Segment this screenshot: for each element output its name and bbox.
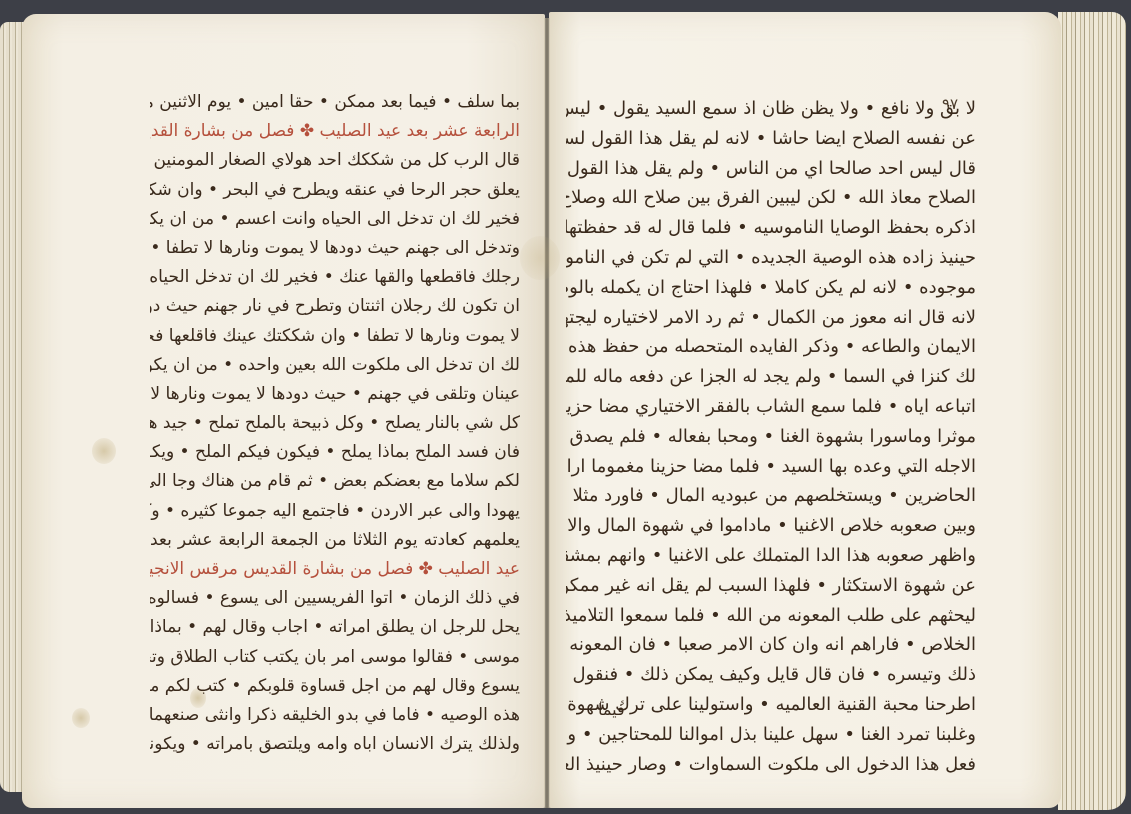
text-line: الحاضرين • ويستخلصهم من عبوديه المال • ف…: [566, 481, 976, 511]
text-line: الاجله التي وعده بها السيد • فلما مضا حز…: [566, 452, 976, 482]
book-gutter: [544, 18, 550, 808]
text-line: موسى • فقالوا موسى امر بان يكتب كتاب الط…: [150, 643, 520, 672]
right-page-edges: [1058, 12, 1126, 810]
text-line: لك كنزا في السما • ولم يجد له الجزا عن د…: [566, 362, 976, 392]
text-line: عن شهوة الاستكثار • فلهذا السبب لم يقل ا…: [566, 571, 976, 601]
text-line: هذه الوصيه • فاما في بدو الخليقه ذكرا وا…: [150, 701, 520, 730]
text-line: الصلاح معاذ الله • لكن ليبين الفرق بين ص…: [566, 183, 976, 213]
text-line-with-rubric: يعلمهم كعادته يوم الثلاثا من الجمعة الرا…: [150, 526, 520, 555]
rubric-line: عيد الصليب ✤ فصل من بشارة القديس مرقس ال…: [150, 555, 520, 584]
text-line: عينان وتلقى في جهنم • حيث دودها لا يموت …: [150, 380, 520, 409]
text-line: لا بق ولا نافع • ولا يظن ظان اذ سمع السي…: [566, 94, 976, 124]
stain: [72, 708, 90, 728]
right-page-text: لا بق ولا نافع • ولا يظن ظان اذ سمع السي…: [566, 94, 976, 779]
text-line: لكم سلاما مع بعضكم بعض • ثم قام من هناك …: [150, 467, 520, 496]
text-line: لا يموت ونارها لا تطفا • وان شككتك عينك …: [150, 322, 520, 351]
text-line: فعل هذا الدخول الى ملكوت السماوات • وصار…: [566, 750, 976, 780]
text-line: يهودا والى عبر الاردن • فاجتمع اليه جموع…: [150, 497, 520, 526]
text-line: ليحثهم على طلب المعونه من الله • فلما سم…: [566, 601, 976, 631]
text-line: فخير لك ان تدخل الى الحياه وانت اعسم • م…: [150, 205, 520, 234]
text-line: رجلك فاقطعها والقها عنك • فخير لك ان تدخ…: [150, 263, 520, 292]
text-line: ان تكون لك رجلان اثنتان وتطرح في نار جهن…: [150, 292, 520, 321]
text-line: بما سلف • فيما بعد ممكن • حقا امين • يوم…: [150, 88, 520, 117]
text-line: اتباعه اياه • فلما سمع الشاب بالفقر الاخ…: [566, 392, 976, 422]
text-line: حينيذ زاده هذه الوصية الجديده • التي لم …: [566, 243, 976, 273]
text-line: موجوده • لانه لم يكن كاملا • فلهذا احتاج…: [566, 273, 976, 303]
text-line: ذلك وتيسره • فان قال قايل وكيف يمكن ذلك …: [566, 660, 976, 690]
text-line: ولذلك يترك الانسان اباه وامه ويلتصق بامر…: [150, 730, 520, 759]
text-line: اطرحنا محبة القنية العالميه • واستولينا …: [566, 690, 976, 720]
text-line: وتدخل الى جهنم حيث دودها لا يموت ونارها …: [150, 234, 520, 263]
text-line: في ذلك الزمان • اتوا الفريسيين الى يسوع …: [150, 584, 520, 613]
stain: [520, 236, 560, 280]
text-line: كل شي بالنار يصلح • وكل ذبيحة بالملح تمل…: [150, 409, 520, 438]
left-page-text: بما سلف • فيما بعد ممكن • حقا امين • يوم…: [150, 88, 520, 759]
text-line: يسوع وقال لهم من اجل قساوة قلوبكم • كتب …: [150, 672, 520, 701]
text-line: فان فسد الملح بماذا يملح • فيكون فيكم ال…: [150, 438, 520, 467]
text-line: الخلاص • فاراهم انه وان كان الامر صعبا •…: [566, 630, 976, 660]
text-line: لانه قال انه معوز من الكمال • ثم رد الام…: [566, 303, 976, 333]
text-line: قال الرب كل من شككك احد هولاي الصغار الم…: [150, 146, 520, 175]
text-line: واظهر صعوبه هذا الدا المتملك على الاغنيا…: [566, 541, 976, 571]
text-line: عن نفسه الصلاح ايضا حاشا • لانه لم يقل ه…: [566, 124, 976, 154]
catchword: فيما: [598, 700, 625, 719]
rubric-line: الرابعة عشر بعد عيد الصليب ✤ فصل من بشار…: [150, 117, 520, 146]
text-line: الايمان والطاعه • وذكر الفايده المتحصله …: [566, 332, 976, 362]
text-line: وبين صعوبه خلاص الاغنيا • ماداموا في شهو…: [566, 511, 976, 541]
text-line: قال ليس احد صالحا اي من الناس • ولم يقل …: [566, 154, 976, 184]
text-line: يعلق حجر الرحا في عنقه ويطرح في البحر • …: [150, 176, 520, 205]
text-line: اذكره بحفظ الوصايا الناموسيه • فلما قال …: [566, 213, 976, 243]
stain: [92, 438, 116, 464]
text-line: موثرا وماسورا بشهوة الغنا • ومحبا بفعاله…: [566, 422, 976, 452]
text-line: لك ان تدخل الى ملكوت الله بعين واحده • م…: [150, 351, 520, 380]
text-line: وغلبنا تمرد الغنا • سهل علينا بذل اموالن…: [566, 720, 976, 750]
text-line: يحل للرجل ان يطلق امراته • اجاب وقال لهم…: [150, 613, 520, 642]
